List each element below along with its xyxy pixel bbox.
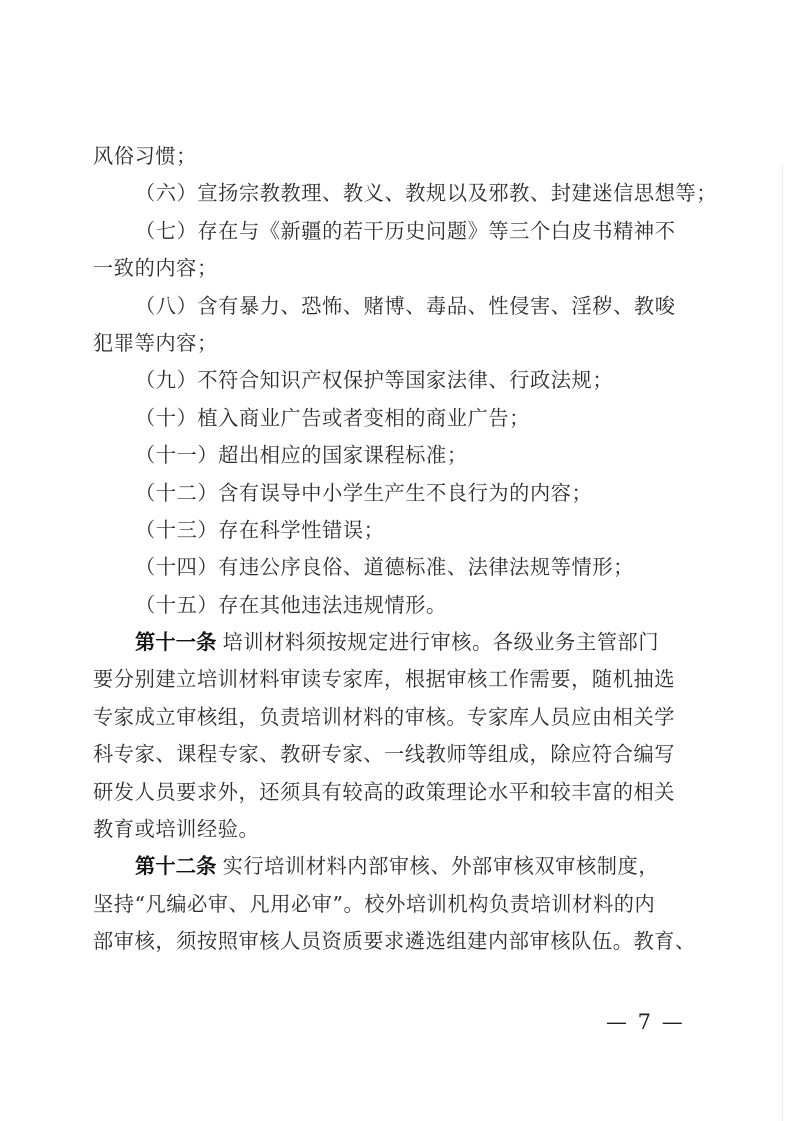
list-item-6: （六）宣扬宗教教理、教义、教规以及邪教、封建迷信思想等； [93, 175, 693, 212]
list-item-7: （七）存在与《新疆的若干历史问题》等三个白皮书精神不 [93, 213, 693, 250]
scan-edge-line [782, 165, 783, 1121]
article-11-line: 专家成立审核组，负责培训材料的审核。专家库人员应由相关学 [93, 699, 693, 736]
article-12-text: 实行培训材料内部审核、外部审核双审核制度， [223, 854, 660, 878]
list-item-13: （十三）存在科学性错误； [93, 512, 693, 549]
page-number: — 7 — [606, 1010, 685, 1034]
text-line: 犯罪等内容； [93, 325, 693, 362]
article-11-heading: 第十一条 [135, 630, 217, 654]
article-12-heading: 第十二条 [135, 854, 217, 878]
article-11-line: 科专家、课程专家、教研专家、一线教师等组成，除应符合编写 [93, 736, 693, 773]
article-11-line: 教育或培训经验。 [93, 811, 693, 848]
list-item-15: （十五）存在其他违法违规情形。 [93, 587, 693, 624]
article-11-first-line: 第十一条培训材料须按规定进行审核。各级业务主管部门 [93, 624, 693, 661]
article-12-line: 部审核，须按照审核人员资质要求遴选组建内部审核队伍。教育、 [93, 923, 693, 960]
article-11-text: 培训材料须按规定进行审核。各级业务主管部门 [223, 630, 660, 654]
list-item-11: （十一）超出相应的国家课程标准； [93, 437, 693, 474]
list-item-14: （十四）有违公序良俗、道德标准、法律法规等情形； [93, 549, 693, 586]
list-item-10: （十）植入商业广告或者变相的商业广告； [93, 400, 693, 437]
list-item-8: （八）含有暴力、恐怖、赌博、毒品、性侵害、淫秽、教唆 [93, 288, 693, 325]
article-11-line: 研发人员要求外，还须具有较高的政策理论水平和较丰富的相关 [93, 774, 693, 811]
article-12-line: 坚持“凡编必审、凡用必审”。校外培训机构负责培训材料的内 [93, 886, 693, 923]
text-line: 一致的内容； [93, 250, 693, 287]
document-body: 风俗习惯； （六）宣扬宗教教理、教义、教规以及邪教、封建迷信思想等； （七）存在… [93, 138, 693, 961]
list-item-12: （十二）含有误导中小学生产生不良行为的内容； [93, 475, 693, 512]
document-page: 风俗习惯； （六）宣扬宗教教理、教义、教规以及邪教、封建迷信思想等； （七）存在… [0, 0, 793, 1121]
text-line: 风俗习惯； [93, 138, 693, 175]
list-item-9: （九）不符合知识产权保护等国家法律、行政法规； [93, 362, 693, 399]
article-11-line: 要分别建立培训材料审读专家库，根据审核工作需要，随机抽选 [93, 661, 693, 698]
article-12-first-line: 第十二条实行培训材料内部审核、外部审核双审核制度， [93, 848, 693, 885]
